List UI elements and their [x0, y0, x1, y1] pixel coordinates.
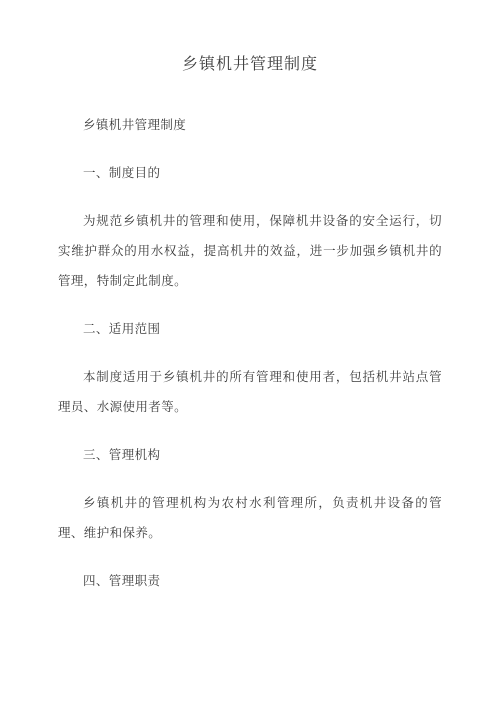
section-paragraph-2: 本制度适用于乡镇机井的所有管理和使用者，包括机井站点管理员、水源使用者等。 [58, 362, 442, 422]
section-heading-2: 二、适用范围 [58, 314, 442, 344]
section-paragraph-1: 为规范乡镇机井的管理和使用，保障机井设备的安全运行，切实维护群众的用水权益，提高… [58, 206, 442, 296]
document-title: 乡镇机井管理制度 [58, 52, 442, 78]
section-heading-1: 一、制度目的 [58, 158, 442, 188]
intro-line: 乡镇机井管理制度 [58, 110, 442, 140]
section-paragraph-3: 乡镇机井的管理机构为农村水利管理所，负责机井设备的管理、维护和保养。 [58, 488, 442, 548]
section-heading-4: 四、管理职责 [58, 566, 442, 596]
section-heading-3: 三、管理机构 [58, 440, 442, 470]
document-page: 乡镇机井管理制度 乡镇机井管理制度 一、制度目的 为规范乡镇机井的管理和使用，保… [0, 0, 500, 707]
